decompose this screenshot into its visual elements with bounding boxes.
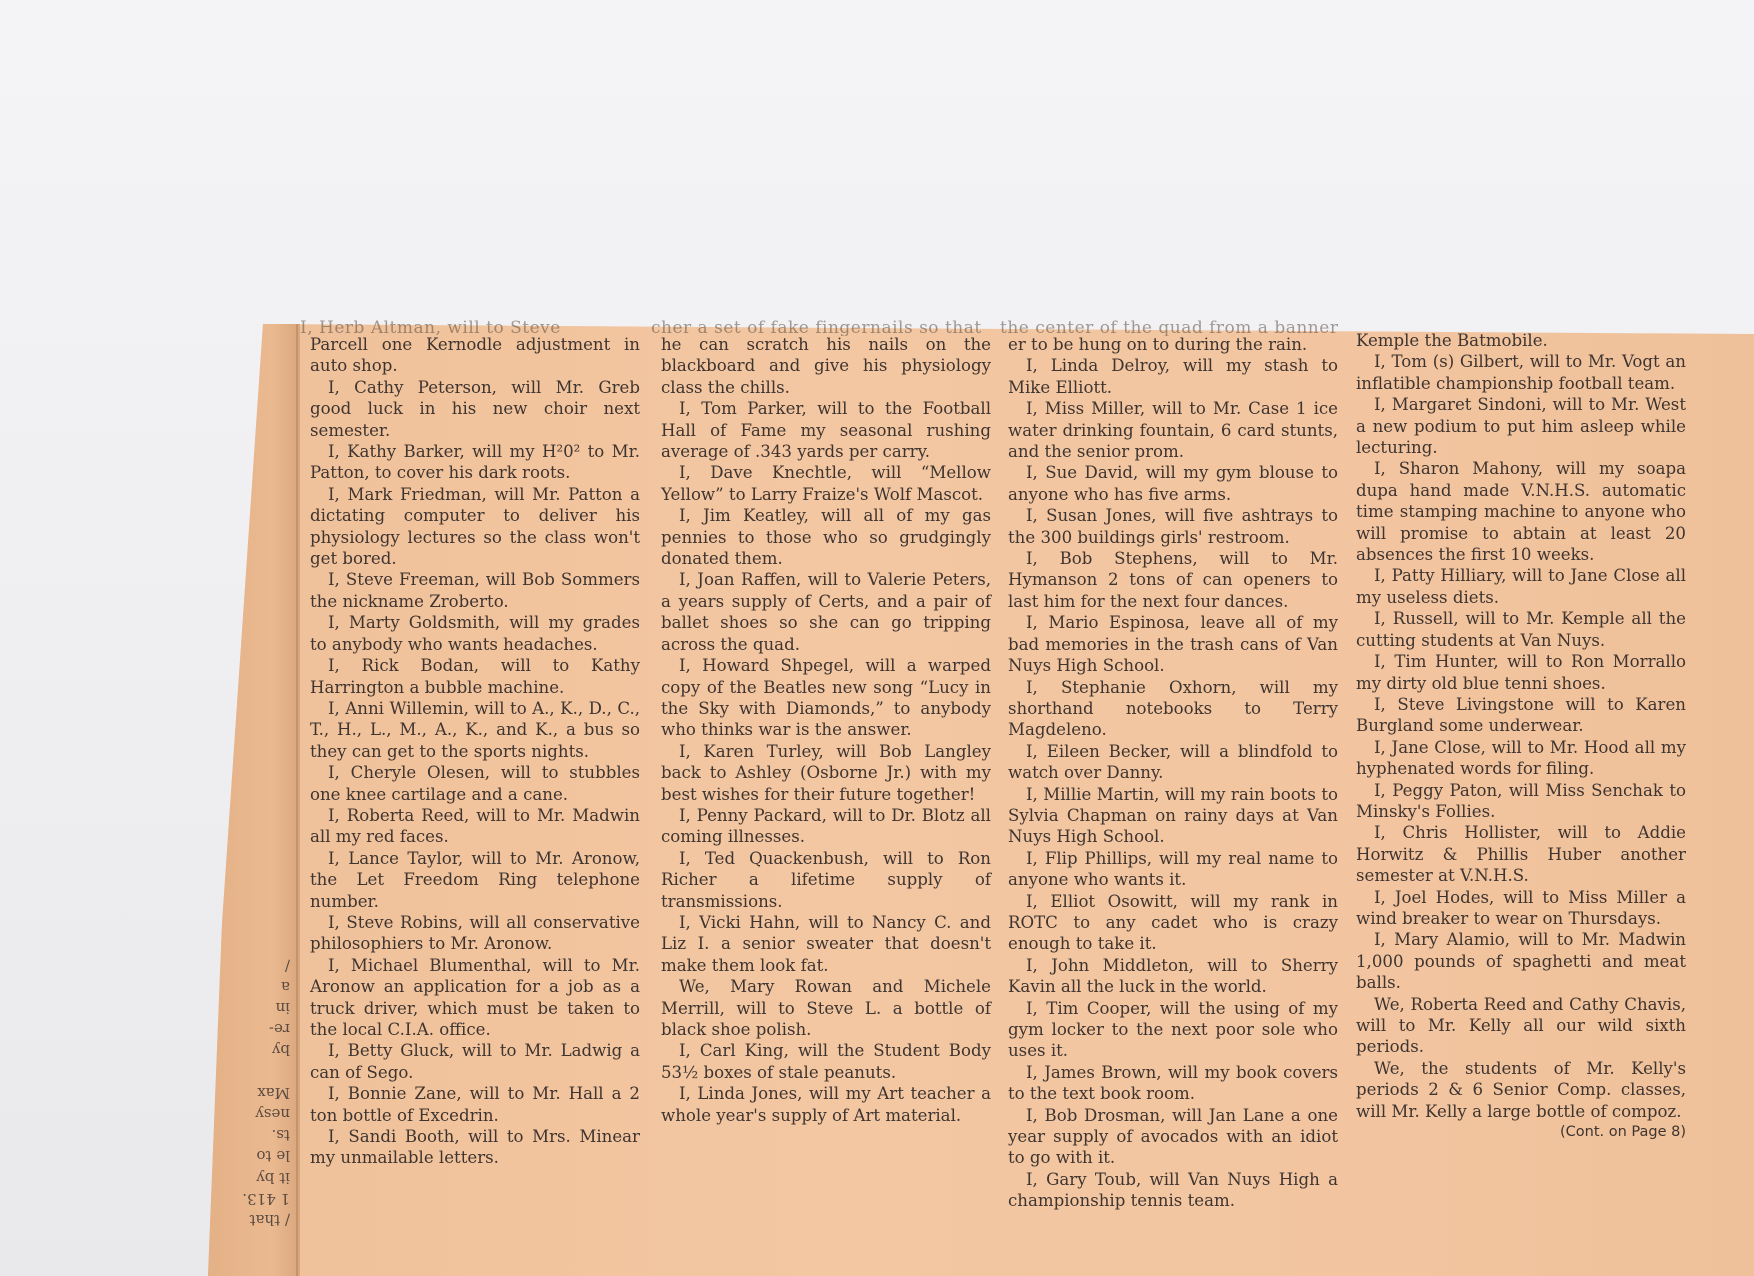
will-entry: I, Penny Packard, will to Dr. Blotz all … [661,805,991,848]
will-entry: I, Steve Robins, will all conservative p… [310,912,640,955]
will-entry: I, Stephanie Oxhorn, will my shorthand n… [1008,677,1338,741]
will-entry: I, Rick Bodan, will to Kathy Harrington … [310,655,640,698]
will-entry: I, Anni Willemin, will to A., K., D., C.… [310,698,640,762]
column-4: Kemple the Batmobile.I, Tom (s) Gilbert,… [1356,330,1686,1143]
will-entry: I, Vicki Hahn, will to Nancy C. and Liz … [661,912,991,976]
will-entry: I, Cathy Peterson, will Mr. Greb good lu… [310,377,640,441]
will-entry: I, Dave Knechtle, will “Mellow Yellow” t… [661,462,991,505]
continued-paragraph: Kemple the Batmobile. [1356,330,1686,351]
will-entry: I, Patty Hilliary, will to Jane Close al… [1356,565,1686,608]
will-entry: I, Roberta Reed, will to Mr. Madwin all … [310,805,640,848]
will-entry: I, Jim Keatley, will all of my gas penni… [661,505,991,569]
will-entry: We, Roberta Reed and Cathy Chavis, will … [1356,994,1686,1058]
will-entry: I, Eileen Becker, will a blindfold to wa… [1008,741,1338,784]
will-entry: I, Cheryle Olesen, will to stubbles one … [310,762,640,805]
will-entry: I, Tim Cooper, will the using of my gym … [1008,998,1338,1062]
will-entry: I, Jane Close, will to Mr. Hood all my h… [1356,737,1686,780]
will-entry: I, Carl King, will the Student Body 53½ … [661,1040,991,1083]
column-2: he can scratch his nails on the blackboa… [661,334,991,1126]
strip-text-fragment: a [240,976,290,997]
will-entry: I, Gary Toub, will Van Nuys High a champ… [1008,1169,1338,1212]
strip-text-fragment: it by [240,1166,290,1187]
will-entry: I, James Brown, will my book covers to t… [1008,1062,1338,1105]
will-entry: I, Chris Hollister, will to Addie Horwit… [1356,822,1686,886]
will-entry: I, Mary Alamio, will to Mr. Madwin 1,000… [1356,929,1686,993]
continued-paragraph: Parcell one Kernodle adjustment in auto … [310,334,640,377]
strip-text-fragment: ts. [240,1124,290,1145]
continued-paragraph: he can scratch his nails on the blackboa… [661,334,991,398]
will-entry: I, Tom (s) Gilbert, will to Mr. Vogt an … [1356,351,1686,394]
column-3: er to be hung on to during the rain.I, L… [1008,334,1338,1212]
will-entry: I, Susan Jones, will five ashtrays to th… [1008,505,1338,548]
will-entry: I, Steve Livingstone will to Karen Burgl… [1356,694,1686,737]
will-entry: I, Karen Turley, will Bob Langley back t… [661,741,991,805]
will-entry: I, Tom Parker, will to the Football Hall… [661,398,991,462]
strip-text-fragment: by [240,1039,290,1060]
column-1: Parcell one Kernodle adjustment in auto … [310,334,640,1169]
will-entry: I, Russell, will to Mr. Kemple all the c… [1356,608,1686,651]
upside-down-strip-text: / that1 413.it byle tots.nesyMax byre-in… [240,890,290,1230]
will-entry: I, Ted Quackenbush, will to Ron Richer a… [661,848,991,912]
will-entry: I, Mark Friedman, will Mr. Patton a dict… [310,484,640,570]
will-entry: I, Joan Raffen, will to Valerie Peters, … [661,569,991,655]
will-entry: I, Lance Taylor, will to Mr. Aronow, the… [310,848,640,912]
will-entry: I, Joel Hodes, will to Miss Miller a win… [1356,887,1686,930]
continued-paragraph: er to be hung on to during the rain. [1008,334,1338,355]
will-entry: I, Flip Phillips, will my real name to a… [1008,848,1338,891]
will-entry: I, Millie Martin, will my rain boots to … [1008,784,1338,848]
will-entry: I, Sue David, will my gym blouse to anyo… [1008,462,1338,505]
strip-text-fragment: 1 413. [240,1188,290,1209]
will-entry: I, Marty Goldsmith, will my grades to an… [310,612,640,655]
will-entry: I, Howard Shpegel, will a warped copy of… [661,655,991,741]
strip-text-fragment: le to [240,1145,290,1166]
will-entry: I, Elliot Osowitt, will my rank in ROTC … [1008,891,1338,955]
will-entry: We, Mary Rowan and Michele Merrill, will… [661,976,991,1040]
strip-text-fragment: in [240,997,290,1018]
will-entry: I, Betty Gluck, will to Mr. Ladwig a can… [310,1040,640,1083]
will-entry: I, Bob Drosman, will Jan Lane a one year… [1008,1105,1338,1169]
will-entry: I, Linda Jones, will my Art teacher a wh… [661,1083,991,1126]
will-entry: I, Bob Stephens, will to Mr. Hymanson 2 … [1008,548,1338,612]
strip-text-fragment: / that [240,1209,290,1230]
strip-text-fragment: Max [240,1082,290,1103]
will-entry: I, Margaret Sindoni, will to Mr. West a … [1356,394,1686,458]
strip-text-fragment: / [240,954,290,975]
strip-text-fragment [240,1060,290,1081]
will-entry: I, Bonnie Zane, will to Mr. Hall a 2 ton… [310,1083,640,1126]
will-entry: I, John Middleton, will to Sherry Kavin … [1008,955,1338,998]
continued-on-page-note: (Cont. on Page 8) [1542,1122,1686,1143]
fold-crease [296,324,298,1276]
strip-text-fragment: re- [240,1018,290,1039]
will-entry: I, Kathy Barker, will my H²0² to Mr. Pat… [310,441,640,484]
will-entry: We, the students of Mr. Kelly's periods … [1356,1058,1686,1122]
will-entry: I, Sandi Booth, will to Mrs. Minear my u… [310,1126,640,1169]
strip-text-fragment: nesy [240,1103,290,1124]
will-entry: I, Steve Freeman, will Bob Sommers the n… [310,569,640,612]
will-entry: I, Miss Miller, will to Mr. Case 1 ice w… [1008,398,1338,462]
will-entry: I, Tim Hunter, will to Ron Morrallo my d… [1356,651,1686,694]
will-entry: I, Michael Blumenthal, will to Mr. Arono… [310,955,640,1041]
will-entry: I, Mario Espinosa, leave all of my bad m… [1008,612,1338,676]
will-entry: I, Peggy Paton, will Miss Senchak to Min… [1356,780,1686,823]
will-entry: I, Sharon Mahony, will my soapa dupa han… [1356,458,1686,565]
will-entry: I, Linda Delroy, will my stash to Mike E… [1008,355,1338,398]
